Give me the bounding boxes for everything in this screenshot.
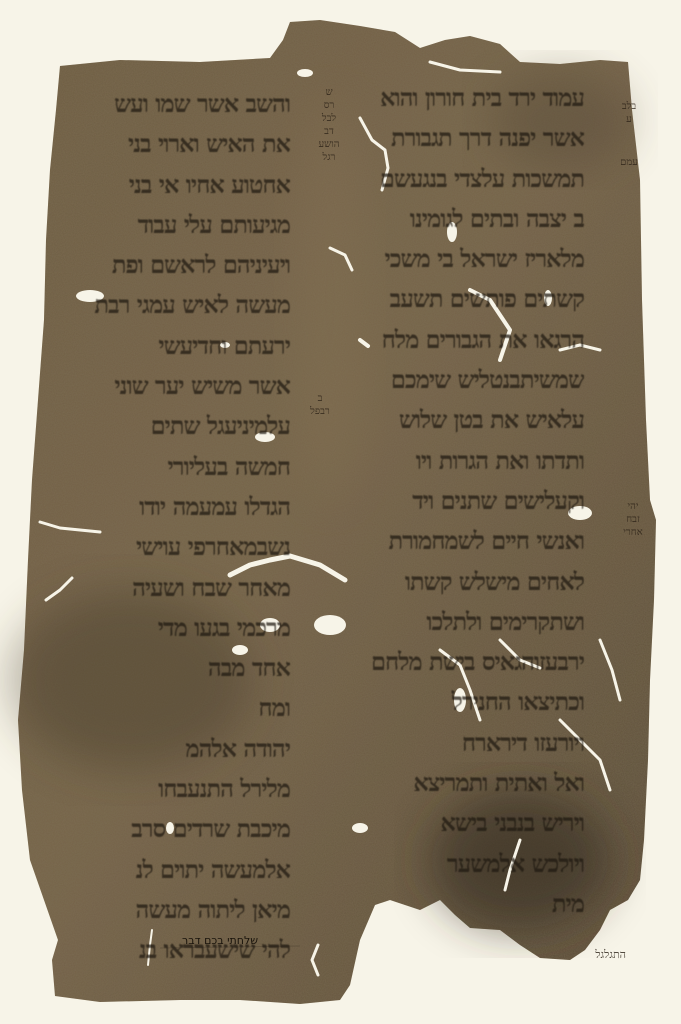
text-line: אשר יפנה דרך תגבורת (370, 118, 584, 158)
note-line: רגל (314, 151, 344, 164)
text-line: ויורעזו דירארח (370, 723, 584, 763)
marginal-note-right-mid: יהי זבח אחרי (618, 500, 648, 539)
note-line: בלב (618, 100, 640, 113)
text-line: מיאן ליתוה מעשה (62, 890, 290, 930)
text-line: ירעתם וחדיעשי (62, 326, 290, 366)
marginal-note-center-top: ש רס לבל דב הושע רגל (314, 86, 344, 164)
text-line: לאחים מישלש קשתו (370, 562, 584, 602)
text-line: אשר משיש יער שוני (62, 366, 290, 406)
text-line: תמשכות עלצדי בנגעשם (370, 159, 584, 199)
text-line: חמשה בעליורי (62, 447, 290, 487)
note-line: ש (314, 86, 344, 99)
text-line: ויולכש אלמשער (370, 844, 584, 884)
text-line: ושתקרימים ולתלכו (370, 602, 584, 642)
text-line: עלמיניעגל שתים (62, 406, 290, 446)
text-line: הגדלו עמעמה יודו (62, 487, 290, 527)
text-line: ואנשי חיים לשמחמורת (370, 521, 584, 561)
note-line: עמם (618, 156, 640, 169)
text-line: מגיעותם עלי עבוד (62, 205, 290, 245)
text-line: מיכבת שרדים סרב (62, 809, 290, 849)
note-line: זבח (618, 513, 648, 526)
note-line: רבפל (300, 405, 340, 418)
marginal-note-center-mid: ב רבפל (300, 392, 340, 418)
manuscript-photo: עמוד ירד בית חורון והוא אשר יפנה דרך תגב… (0, 0, 681, 1024)
text-line: מרכמי בגעו מדי (62, 608, 290, 648)
text-line: מית (370, 884, 584, 924)
text-line: מלאריז ישראל בי משכי (370, 239, 584, 279)
note-line: רס (314, 99, 344, 112)
note-line: ב (300, 392, 340, 405)
text-line: וכתיצאו החנירל (370, 682, 584, 722)
text-line: וקעלישים שתנים ויד (370, 481, 584, 521)
marginal-note-right-top: בלב ע עמם (618, 100, 640, 169)
text-line: ותדתו ואת הגרות ויו (370, 441, 584, 481)
text-line: ב יצבה ובתים לגומינו (370, 199, 584, 239)
text-line: ומח (62, 688, 290, 728)
text-line: יהודה אלהמ (62, 729, 290, 769)
note-line: דב (314, 125, 344, 138)
text-line: נשבמאחרפי עוישי (62, 527, 290, 567)
text-line: ויעיניהם לראשם ופת (62, 245, 290, 285)
text-line: עלאיש את בטן שלוש (370, 400, 584, 440)
text-line: אחטוע אחיו אי בני (62, 165, 290, 205)
text-line: ויריש בנבני בישא (370, 803, 584, 843)
text-line: אחד מבה (62, 648, 290, 688)
text-line: מעשה לאיש עמגי רבת (62, 285, 290, 325)
text-line: שמשיתבנטליש שימכם (370, 360, 584, 400)
text-line: ירבעזוהגאיס בישת מלחם (370, 642, 584, 682)
note-line: לבל (314, 112, 344, 125)
left-column-text: והשב אשר שמו ועש את האיש וארוי בני אחטוע… (62, 84, 290, 971)
note-line: ע (618, 113, 640, 126)
bottom-right-word: התגלגל (576, 948, 626, 961)
text-line: אלמעשה יתוים לנ (62, 850, 290, 890)
text-line: מלירל התנעבחו (62, 769, 290, 809)
text-line: הרגאו את הגבורים מלח (370, 320, 584, 360)
text-line: את האיש וארוי בני (62, 124, 290, 164)
catchword: שלחתי בכם דבר (148, 934, 258, 947)
text-line: קשתים פותשים תשעב (370, 279, 584, 319)
right-column-text: עמוד ירד בית חורון והוא אשר יפנה דרך תגב… (370, 78, 584, 924)
text-line: עמוד ירד בית חורון והוא (370, 78, 584, 118)
text-line: ואל ואתית ותמריצא (370, 763, 584, 803)
note-line: אחרי (618, 526, 648, 539)
note-line: יהי (618, 500, 648, 513)
text-line: והשב אשר שמו ועש (62, 84, 290, 124)
note-line: הושע (314, 138, 344, 151)
text-line: מאחר שבח ושעיה (62, 568, 290, 608)
